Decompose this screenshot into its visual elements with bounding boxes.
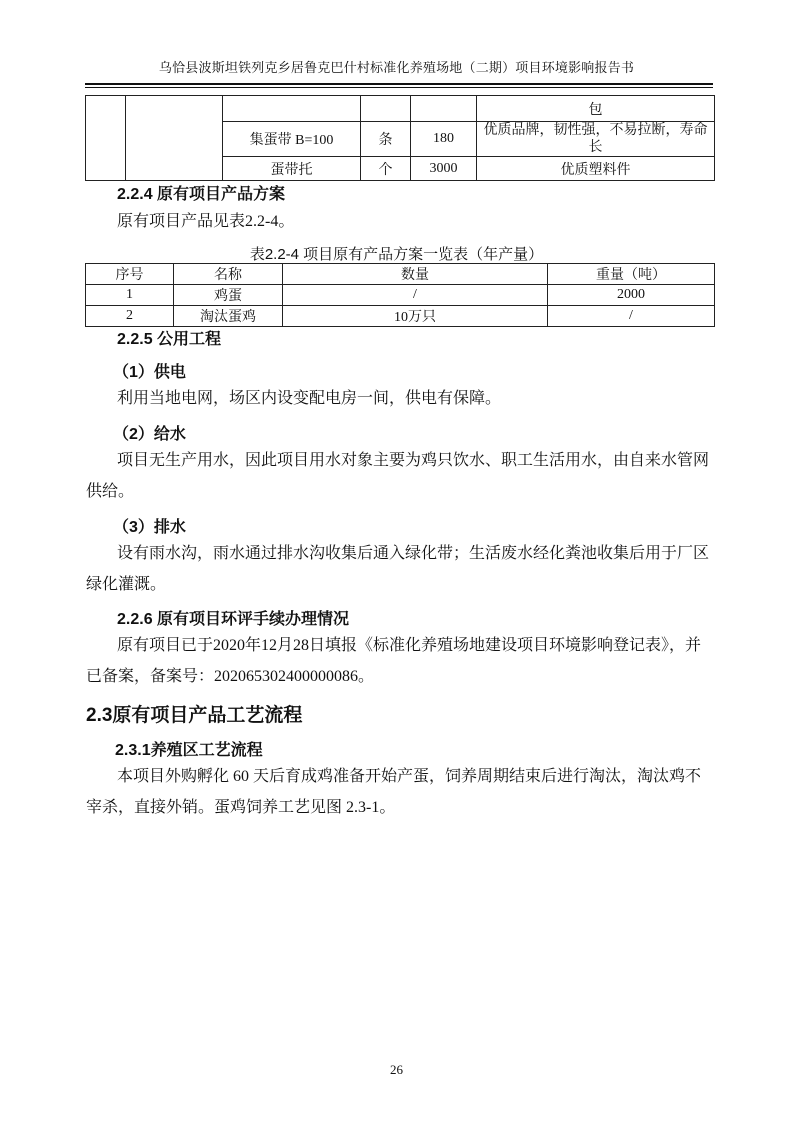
paragraph-product-intro: 原有项目产品见表2.2-4。	[117, 206, 294, 237]
document-header-title: 乌恰县波斯坦铁列克乡居鲁克巴什村标准化养殖场地（二期）项目环境影响报告书	[0, 57, 793, 76]
table-cell-name: 集蛋带 B=100	[223, 122, 361, 157]
table-cell-unit: 个	[361, 157, 411, 181]
table-cell-name: 蛋带托	[223, 157, 361, 181]
table-cell: 2	[86, 306, 174, 327]
table-cell-merged	[126, 96, 223, 181]
table-row: 1 鸡蛋 / 2000	[86, 285, 715, 306]
table-cell-remark: 优质塑料件	[477, 157, 715, 181]
subheading-water-supply: （2）给水	[113, 421, 186, 444]
paragraph-drainage: 设有雨水沟，雨水通过排水沟收集后通入绿化带；生活废水经化粪池收集后用于厂区绿化灌…	[86, 538, 714, 600]
column-header-index: 序号	[86, 264, 174, 285]
table-cell: 2000	[548, 285, 715, 306]
subheading-power-supply: （1）供电	[113, 359, 186, 382]
column-header-name: 名称	[174, 264, 283, 285]
table-cell-remark: 包	[477, 96, 715, 122]
column-header-quantity: 数量	[283, 264, 548, 285]
subheading-drainage: （3）排水	[113, 514, 186, 537]
table-cell-merged	[86, 96, 126, 181]
table-cell-unit: 条	[361, 122, 411, 157]
table-cell-name	[223, 96, 361, 122]
table-cell: 淘汰蛋鸡	[174, 306, 283, 327]
page-number: 26	[0, 1062, 793, 1078]
equipment-table-continued: 包 集蛋带 B=100 条 180 优质品牌，韧性强，不易拉断，寿命长 蛋带托 …	[85, 95, 715, 181]
paragraph-water-supply: 项目无生产用水，因此项目用水对象主要为鸡只饮水、职工生活用水，由自来水管网供给。	[86, 445, 714, 507]
table-cell-unit	[361, 96, 411, 122]
paragraph-breeding-process: 本项目外购孵化 60 天后育成鸡准备开始产蛋，饲养周期结束后进行淘汰，淘汰鸡不宰…	[86, 761, 714, 823]
table-header-row: 序号 名称 数量 重量（吨）	[86, 264, 715, 285]
paragraph-power-supply: 利用当地电网，场区内设变配电房一间，供电有保障。	[117, 383, 501, 414]
section-heading-2-2-6: 2.2.6 原有项目环评手续办理情况	[117, 606, 349, 629]
section-heading-2-2-5: 2.2.5 公用工程	[117, 326, 221, 349]
table-row: 包	[86, 96, 715, 122]
section-heading-2-3-1: 2.3.1养殖区工艺流程	[115, 737, 263, 760]
table-cell-qty: 3000	[411, 157, 477, 181]
section-heading-2-2-4: 2.2.4 原有项目产品方案	[117, 181, 285, 204]
table-cell: 鸡蛋	[174, 285, 283, 306]
header-rule-thick	[85, 83, 713, 85]
table-cell-qty: 180	[411, 122, 477, 157]
product-table: 序号 名称 数量 重量（吨） 1 鸡蛋 / 2000 2 淘汰蛋鸡 10万只 /	[85, 263, 715, 327]
table-cell: /	[283, 285, 548, 306]
header-rule-thin	[85, 87, 713, 88]
column-header-weight: 重量（吨）	[548, 264, 715, 285]
section-heading-2-3: 2.3原有项目产品工艺流程	[86, 700, 302, 727]
table-cell-qty	[411, 96, 477, 122]
paragraph-eia-procedures: 原有项目已于2020年12月28日填报《标准化养殖场地建设项目环境影响登记表》，…	[86, 630, 714, 692]
table-cell: /	[548, 306, 715, 327]
table-cell: 10万只	[283, 306, 548, 327]
table-cell: 1	[86, 285, 174, 306]
table-caption: 表2.2-4 项目原有产品方案一览表（年产量）	[0, 243, 793, 264]
table-cell-remark: 优质品牌，韧性强，不易拉断，寿命长	[477, 122, 715, 157]
table-row: 2 淘汰蛋鸡 10万只 /	[86, 306, 715, 327]
